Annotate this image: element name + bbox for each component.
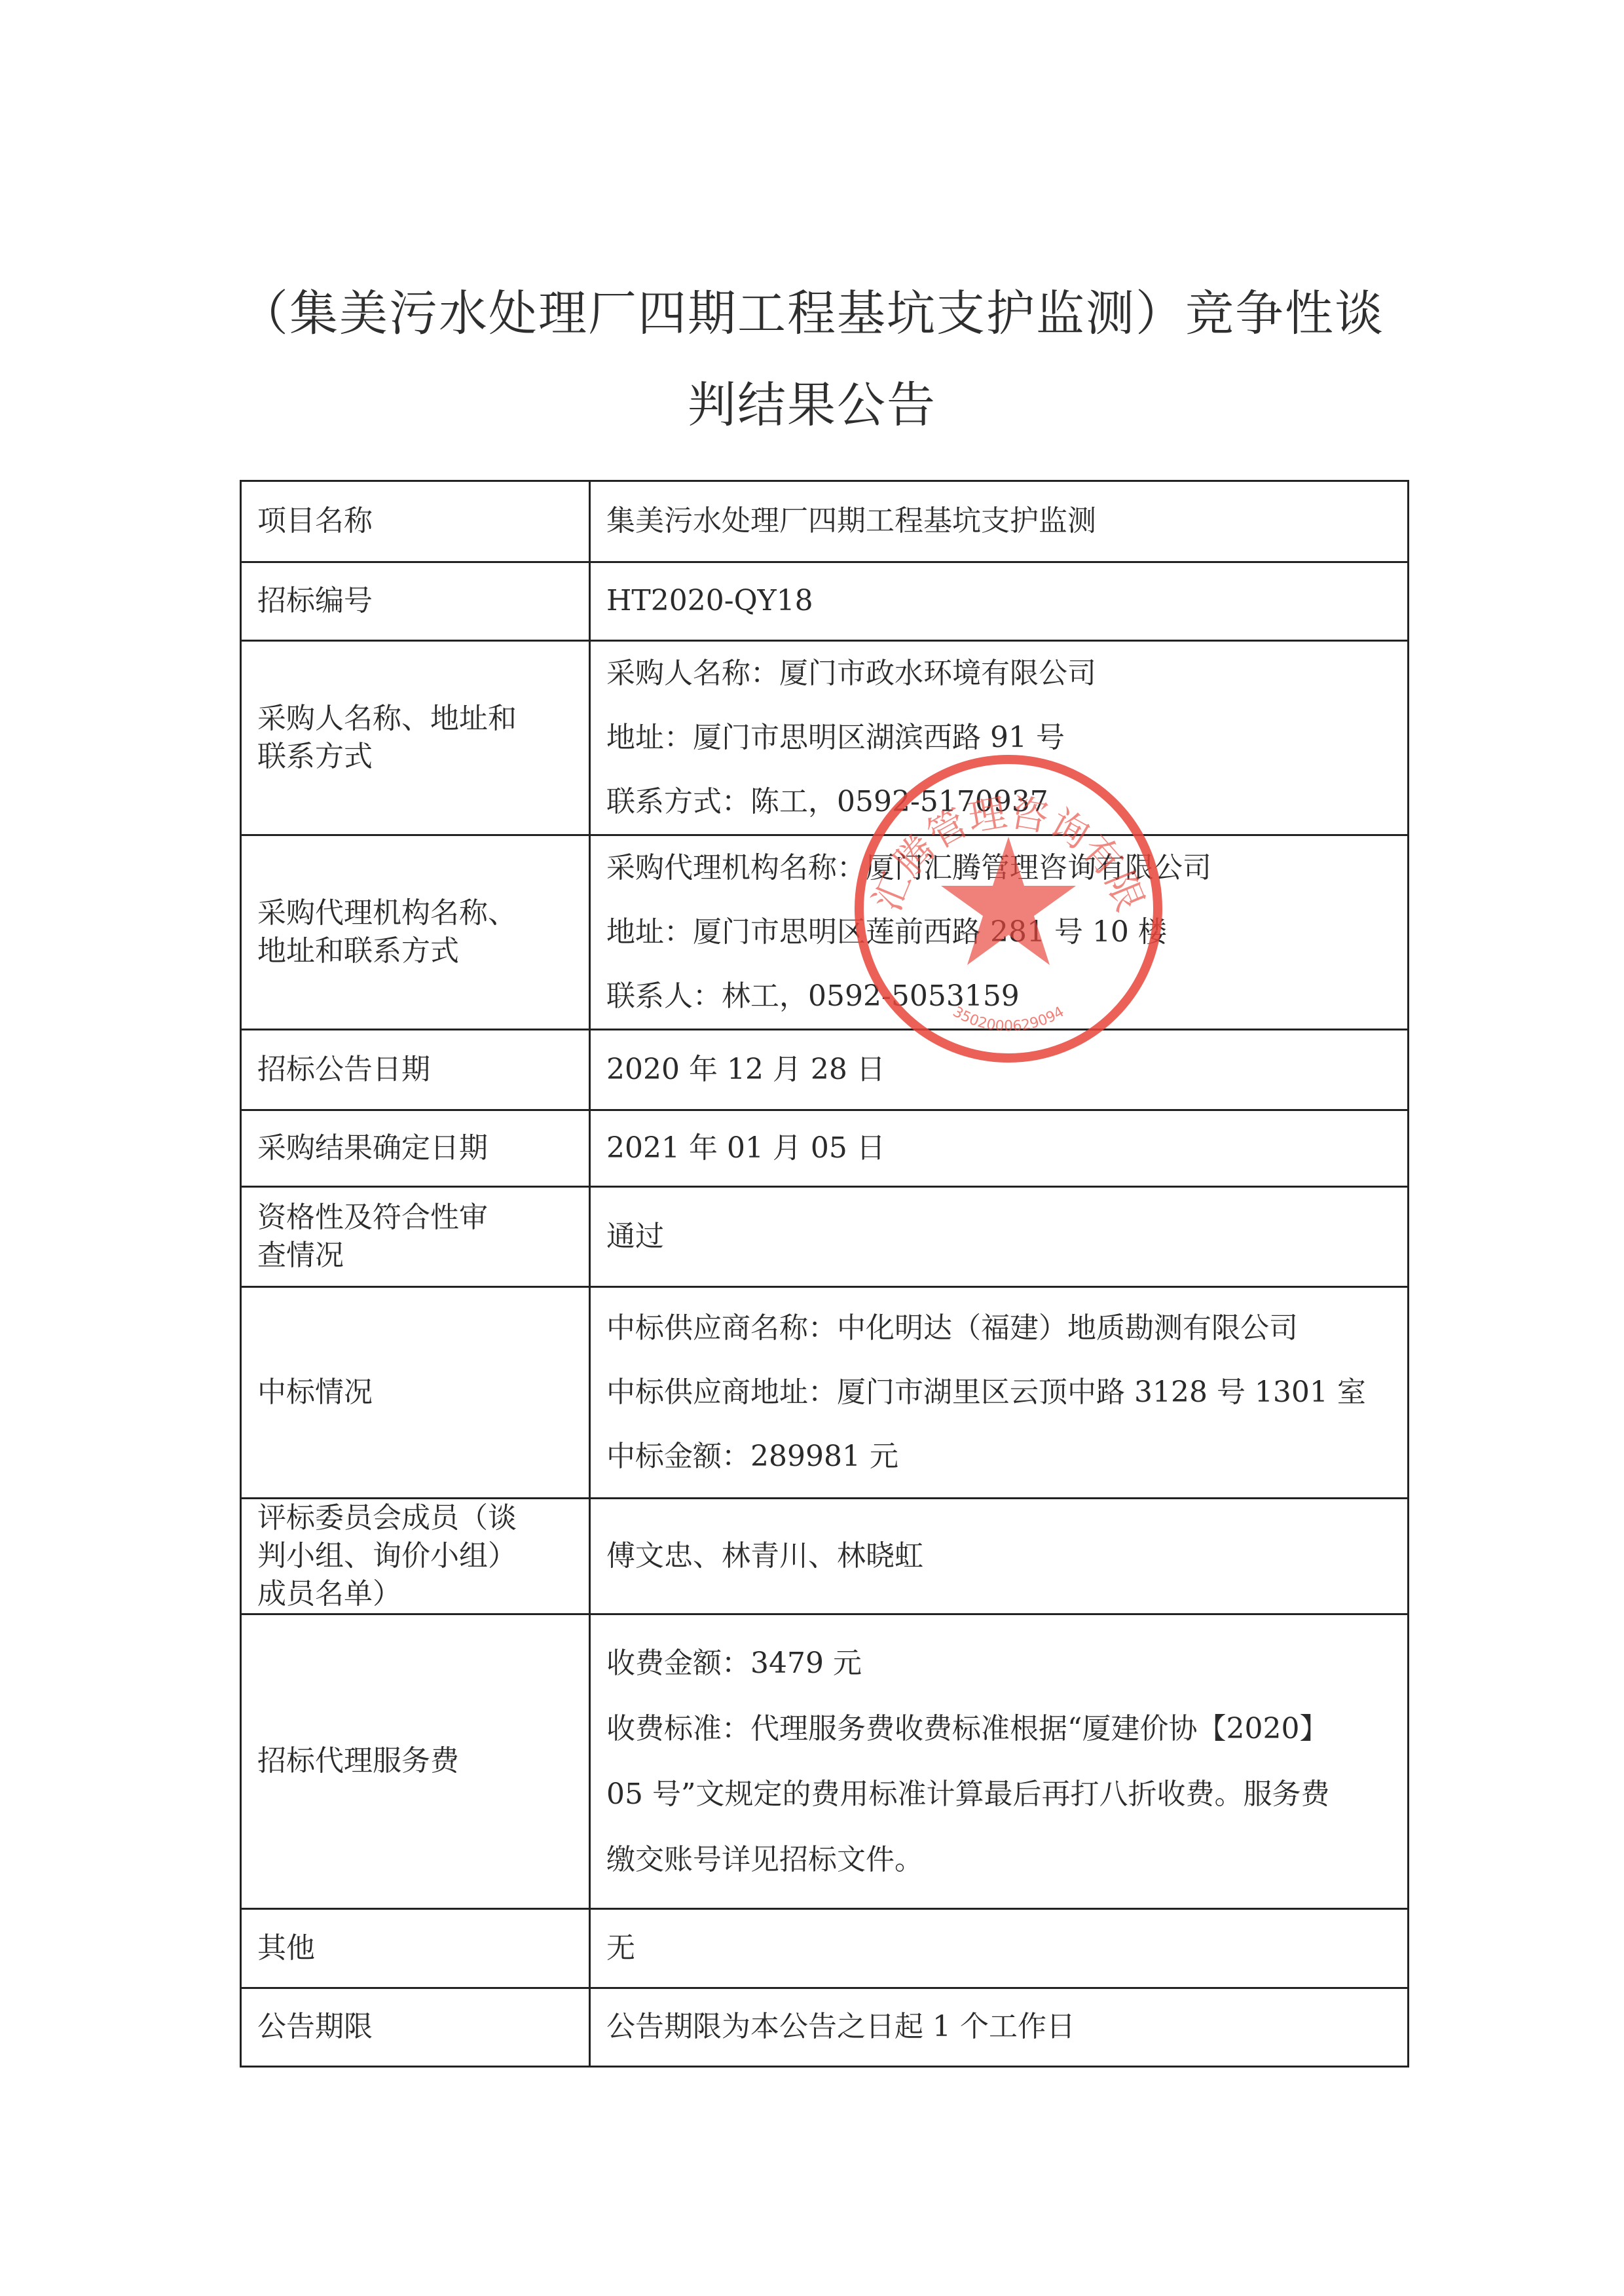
winner-name: 中标供应商名称：中化明达（福建）地质勘测有限公司	[606, 1296, 1397, 1360]
document-title-line-2: 判结果公告	[0, 367, 1624, 436]
value-agency: 采购代理机构名称：厦门汇腾管理咨询有限公司 地址：厦门市思明区莲前西路 281 …	[590, 835, 1409, 1030]
value-committee: 傅文忠、林青川、林晓虹	[590, 1499, 1409, 1614]
row-committee: 评标委员会成员（谈 判小组、询价小组） 成员名单） 傅文忠、林青川、林晓虹	[241, 1499, 1409, 1614]
award-amount: 中标金额：289981 元	[606, 1425, 1397, 1489]
agency-contact: 联系人：林工，0592-5053159	[606, 964, 1397, 1029]
row-notice-period: 公告期限 公告期限为本公告之日起 1 个工作日	[241, 1988, 1409, 2067]
purchaser-contact: 联系方式：陈工，0592-5170937	[606, 770, 1397, 834]
fee-standard-1: 收费标准：代理服务费收费标准根据“厦建价协【2020】	[606, 1696, 1397, 1762]
label-qualification-review: 资格性及符合性审 查情况	[241, 1187, 590, 1287]
row-agency: 采购代理机构名称、 地址和联系方式 采购代理机构名称：厦门汇腾管理咨询有限公司 …	[241, 835, 1409, 1030]
fee-amount: 收费金额：3479 元	[606, 1631, 1397, 1696]
value-announcement-date: 2020 年 12 月 28 日	[590, 1030, 1409, 1110]
label-bid-number: 招标编号	[241, 562, 590, 641]
label-other: 其他	[241, 1909, 590, 1988]
winner-address: 中标供应商地址：厦门市湖里区云顶中路 3128 号 1301 室	[606, 1360, 1397, 1425]
label-project-name: 项目名称	[241, 481, 590, 562]
value-other: 无	[590, 1909, 1409, 1988]
value-award: 中标供应商名称：中化明达（福建）地质勘测有限公司 中标供应商地址：厦门市湖里区云…	[590, 1287, 1409, 1499]
result-info-table: 项目名称 集美污水处理厂四期工程基坑支护监测 招标编号 HT2020-QY18 …	[240, 480, 1409, 2068]
fee-standard-3: 缴交账号详见招标文件。	[606, 1827, 1397, 1893]
label-announcement-date: 招标公告日期	[241, 1030, 590, 1110]
row-announcement-date: 招标公告日期 2020 年 12 月 28 日	[241, 1030, 1409, 1110]
label-result-date: 采购结果确定日期	[241, 1110, 590, 1187]
label-purchaser: 采购人名称、地址和 联系方式	[241, 641, 590, 835]
label-agency-fee: 招标代理服务费	[241, 1614, 590, 1909]
row-award: 中标情况 中标供应商名称：中化明达（福建）地质勘测有限公司 中标供应商地址：厦门…	[241, 1287, 1409, 1499]
agency-address: 地址：厦门市思明区莲前西路 281 号 10 楼	[606, 900, 1397, 964]
value-notice-period: 公告期限为本公告之日起 1 个工作日	[590, 1988, 1409, 2067]
purchaser-address: 地址：厦门市思明区湖滨西路 91 号	[606, 706, 1397, 770]
row-bid-number: 招标编号 HT2020-QY18	[241, 562, 1409, 641]
row-project-name: 项目名称 集美污水处理厂四期工程基坑支护监测	[241, 481, 1409, 562]
fee-standard-2: 05 号”文规定的费用标准计算最后再打八折收费。服务费	[606, 1762, 1397, 1827]
value-purchaser: 采购人名称：厦门市政水环境有限公司 地址：厦门市思明区湖滨西路 91 号 联系方…	[590, 641, 1409, 835]
agency-name: 采购代理机构名称：厦门汇腾管理咨询有限公司	[606, 836, 1397, 900]
row-purchaser: 采购人名称、地址和 联系方式 采购人名称：厦门市政水环境有限公司 地址：厦门市思…	[241, 641, 1409, 835]
document-title-line-1: （集美污水处理厂四期工程基坑支护监测）竞争性谈	[0, 275, 1624, 344]
label-agency: 采购代理机构名称、 地址和联系方式	[241, 835, 590, 1030]
value-result-date: 2021 年 01 月 05 日	[590, 1110, 1409, 1187]
label-award: 中标情况	[241, 1287, 590, 1499]
row-other: 其他 无	[241, 1909, 1409, 1988]
row-agency-fee: 招标代理服务费 收费金额：3479 元 收费标准：代理服务费收费标准根据“厦建价…	[241, 1614, 1409, 1909]
value-project-name: 集美污水处理厂四期工程基坑支护监测	[590, 481, 1409, 562]
purchaser-name: 采购人名称：厦门市政水环境有限公司	[606, 642, 1397, 706]
label-committee: 评标委员会成员（谈 判小组、询价小组） 成员名单）	[241, 1499, 590, 1614]
value-qualification-review: 通过	[590, 1187, 1409, 1287]
row-qualification-review: 资格性及符合性审 查情况 通过	[241, 1187, 1409, 1287]
row-result-date: 采购结果确定日期 2021 年 01 月 05 日	[241, 1110, 1409, 1187]
value-agency-fee: 收费金额：3479 元 收费标准：代理服务费收费标准根据“厦建价协【2020】 …	[590, 1614, 1409, 1909]
value-bid-number: HT2020-QY18	[590, 562, 1409, 641]
label-notice-period: 公告期限	[241, 1988, 590, 2067]
